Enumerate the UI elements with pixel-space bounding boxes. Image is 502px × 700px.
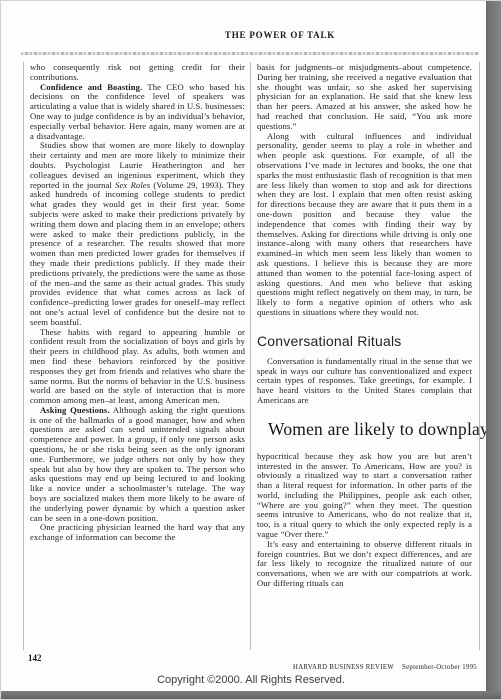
left-column: who consequently risk not getting credit… xyxy=(23,62,250,650)
body-paragraph: These habits with regard to appearing hu… xyxy=(30,328,245,406)
paragraph-lead: Asking Questions. xyxy=(40,405,110,415)
right-column: basis for judgments–or misjudgments–abou… xyxy=(250,62,477,650)
footer-journal-line: HARVARD BUSINESS REVIEWSeptember-October… xyxy=(293,664,477,671)
pull-quote: Women are likely to downplay xyxy=(268,419,472,440)
body-paragraph: Confidence and Boasting. The CEO who bas… xyxy=(30,83,245,142)
body-paragraph: Conversation is fundamentally ritual in … xyxy=(257,357,472,406)
magazine-page: THE POWER OF TALK who consequently risk … xyxy=(0,0,502,700)
body-paragraph: Asking Questions. Although asking the ri… xyxy=(30,406,245,524)
running-head: THE POWER OF TALK xyxy=(1,30,501,40)
body-paragraph: Studies show that women are more likely … xyxy=(30,141,245,327)
body-paragraph: Along with cultural influences and indiv… xyxy=(257,132,472,318)
body-paragraph: hypocritical because they ask how you ar… xyxy=(257,452,472,540)
text-columns: who consequently risk not getting credit… xyxy=(23,62,480,650)
page-number: 142 xyxy=(28,653,42,663)
scan-edge-bottom xyxy=(1,691,501,699)
body-paragraph: who consequently risk not getting credit… xyxy=(30,63,245,83)
body-paragraph: One practicing physician learned the har… xyxy=(30,523,245,543)
scan-edge-right xyxy=(486,1,501,699)
body-paragraph: basis for judgments–or misjudgments–abou… xyxy=(257,63,472,132)
paragraph-lead: Confidence and Boasting. xyxy=(40,82,142,92)
running-head-title: THE POWER OF TALK xyxy=(225,30,335,40)
issue-date: September-October 1995 xyxy=(402,664,477,671)
journal-name: HARVARD BUSINESS REVIEW xyxy=(293,664,394,671)
copyright-line: Copyright ©2000. All Rights Reserved. xyxy=(1,674,501,686)
section-heading: Conversational Rituals xyxy=(257,333,472,349)
header-rule xyxy=(21,52,479,55)
body-paragraph: It’s easy and entertaining to observe di… xyxy=(257,540,472,589)
